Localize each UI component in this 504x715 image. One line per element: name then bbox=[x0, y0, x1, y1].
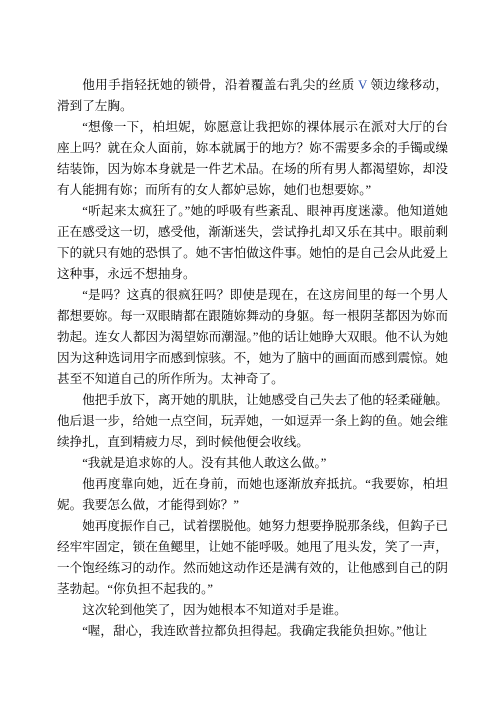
v-neckline-letter: V bbox=[358, 78, 367, 92]
paragraph-1-text-before: 他用手指轻抚她的锁骨，沿着覆盖右乳尖的丝质 bbox=[82, 78, 358, 92]
paragraph-10: “喔，甜心，我连欧普拉都负担得起。我确定我能负担妳。”他让 bbox=[57, 621, 448, 642]
paragraph-8: 她再度振作自己，试着摆脱他。她努力想要挣脱那条线，但鈎子已经牢牢固定，锁在鱼鳃里… bbox=[57, 516, 448, 600]
paragraph-9: 这次轮到他笑了，因为她根本不知道对手是谁。 bbox=[57, 600, 448, 621]
text-block: 他用手指轻抚她的锁骨，沿着覆盖右乳尖的丝质 V 领边缘移动，滑到了左胸。 “想像… bbox=[57, 75, 448, 642]
paragraph-7: 他再度靠向她，近在身前，而她也逐渐放弃抵抗。“我要妳，柏坦妮。我要怎么做，才能得… bbox=[57, 474, 448, 516]
paragraph-3: “听起来太疯狂了。”她的呼吸有些紊乱、眼神再度迷濛。他知道她正在感受这一切，感受… bbox=[57, 201, 448, 285]
paragraph-1: 他用手指轻抚她的锁骨，沿着覆盖右乳尖的丝质 V 领边缘移动，滑到了左胸。 bbox=[57, 75, 448, 117]
paragraph-5: 他把手放下，离开她的肌肤，让她感受自己失去了他的轻柔碰触。他后退一步，给她一点空… bbox=[57, 390, 448, 453]
paragraph-6: “我就是追求妳的人。没有其他人敢这么做。” bbox=[57, 453, 448, 474]
paragraph-2: “想像一下，柏坦妮，妳愿意让我把妳的裸体展示在派对大厅的台座上吗？就在众人面前，… bbox=[57, 117, 448, 201]
document-page: 他用手指轻抚她的锁骨，沿着覆盖右乳尖的丝质 V 领边缘移动，滑到了左胸。 “想像… bbox=[0, 0, 504, 715]
paragraph-4: “是吗？这真的很疯狂吗？即使是现在，在这房间里的每一个男人都想要妳。每一双眼睛都… bbox=[57, 285, 448, 390]
